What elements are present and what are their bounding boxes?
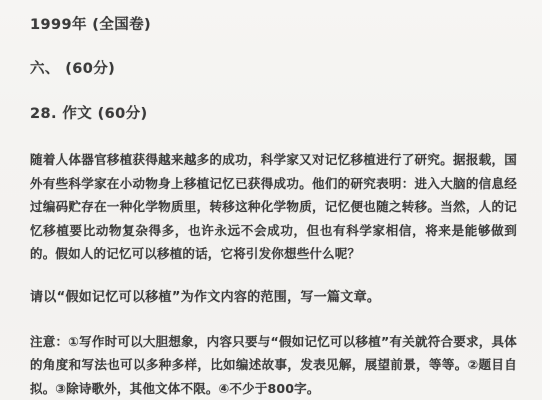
essay-prompt-paragraph: 随着人体器官移植获得越来越多的成功，科学家又对记忆移植进行了研究。据报载，国外有…	[30, 148, 517, 266]
scanned-exam-page: 1999年 (全国卷) 六、 (60分) 28. 作文 (60分) 随着人体器官…	[0, 0, 550, 400]
essay-notes-paragraph: 注意：①写作时可以大胆想象，内容只要与“假如记忆可以移植”有关就符合要求，具体的…	[30, 330, 517, 400]
section-header: 六、 (60分)	[30, 60, 517, 78]
question-header: 28. 作文 (60分)	[30, 105, 517, 123]
year-header: 1999年 (全国卷)	[30, 16, 517, 34]
page-edge-strip	[542, 0, 550, 400]
essay-task-line: 请以“假如记忆可以移植”为作文内容的范围，写一篇文章。	[30, 288, 517, 308]
exam-content: 1999年 (全国卷) 六、 (60分) 28. 作文 (60分) 随着人体器官…	[30, 0, 517, 400]
